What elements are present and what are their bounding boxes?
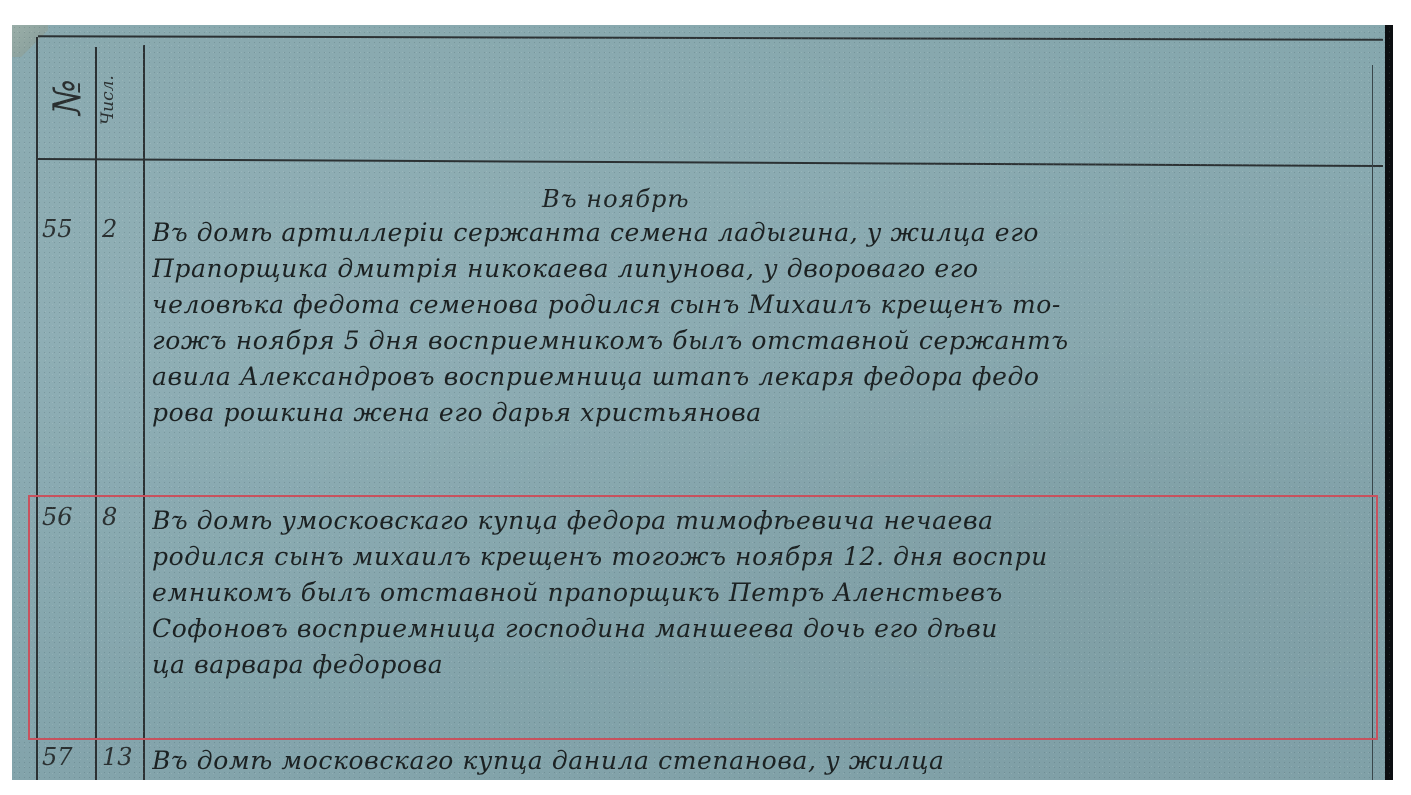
- scanned-register-page: № Числ. Въ ноябрѣ 55 2 Въ домѣ артиллерi…: [12, 25, 1393, 780]
- entry-line: Въ домѣ московскаго купца данила степано…: [152, 743, 1367, 779]
- entry-text: Въ домѣ умосковскаго купца федора тимофѣ…: [152, 503, 1367, 683]
- entry-line: Софоновъ восприемница господина маншеева…: [152, 611, 1367, 647]
- entry-line: гожъ ноября 5 дня восприемникомъ былъ от…: [152, 323, 1367, 359]
- entry-line: рова рошкина жена его дарья христьянова: [152, 395, 1367, 431]
- month-heading: Въ ноябрѣ: [542, 185, 690, 213]
- entry-day: 8: [102, 503, 140, 531]
- left-margin-rule: [36, 37, 38, 780]
- entry-day: 2: [102, 215, 140, 243]
- entry-line: ца варвара федорова: [152, 647, 1367, 683]
- entry-day: 13: [102, 743, 140, 771]
- entry-line: Прапорщика дмитрiя никокаева липунова, у…: [152, 251, 1367, 287]
- entry-line: Въ домѣ артиллерiи сержанта семена ладыг…: [152, 215, 1367, 251]
- column-header-day: Числ.: [98, 55, 140, 145]
- book-binding-edge: [1385, 25, 1393, 780]
- header-rule-line: [38, 158, 1383, 167]
- right-margin-rule: [1372, 65, 1373, 780]
- entry-text: Въ домѣ московскаго купца данила степано…: [152, 743, 1367, 779]
- entry-line: авила Александровъ восприемница штапъ ле…: [152, 359, 1367, 395]
- entry-line: Въ домѣ умосковскаго купца федора тимофѣ…: [152, 503, 1367, 539]
- entry-number: 56: [42, 503, 92, 531]
- entry-number: 55: [42, 215, 92, 243]
- number-column-rule: [95, 47, 97, 780]
- entry-line: человѣка федота семенова родился сынъ Ми…: [152, 287, 1367, 323]
- entry-text: Въ домѣ артиллерiи сержанта семена ладыг…: [152, 215, 1367, 431]
- entry-line: родился сынъ михаилъ крещенъ тогожъ нояб…: [152, 539, 1367, 575]
- page-corner-fold: [12, 25, 48, 57]
- day-column-rule: [143, 45, 145, 780]
- entry-number: 57: [42, 743, 92, 771]
- entry-line: емникомъ былъ отставной прапорщикъ Петръ…: [152, 575, 1367, 611]
- top-rule-line: [38, 35, 1383, 41]
